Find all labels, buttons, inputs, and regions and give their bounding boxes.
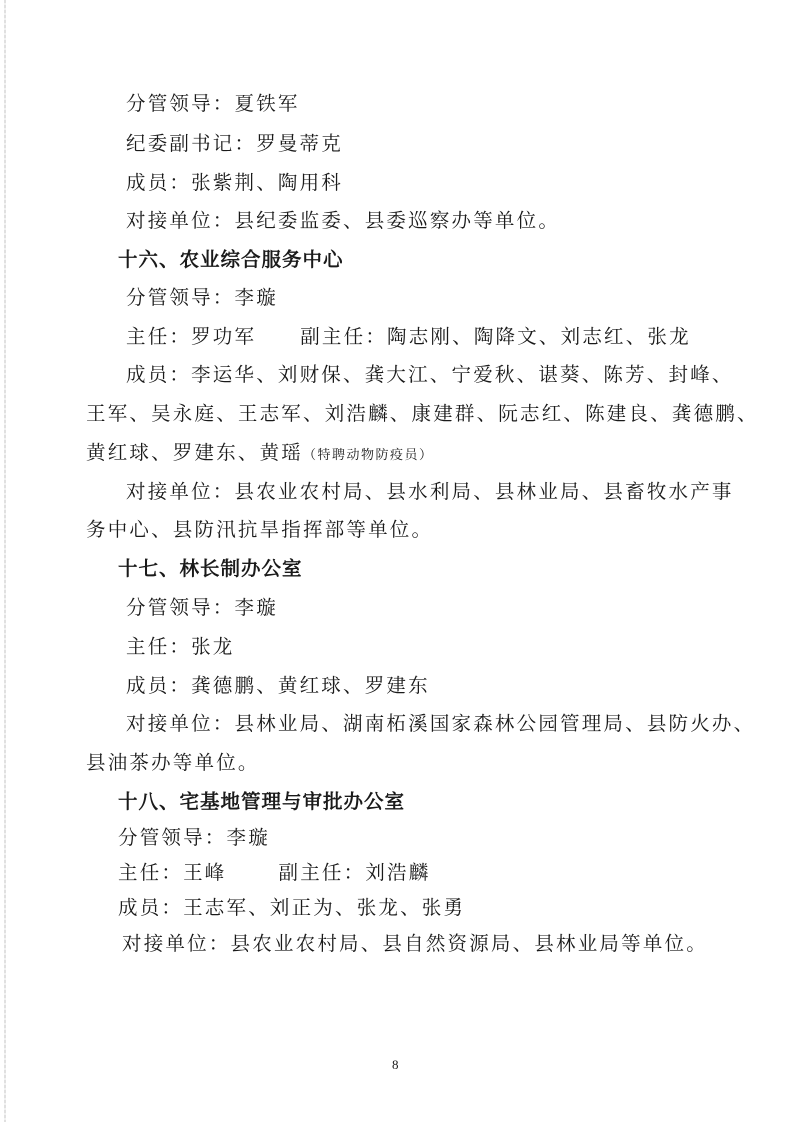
deputy-names: 刘浩麟 — [365, 861, 430, 884]
label: 成员： — [118, 896, 183, 919]
label: 副主任： — [279, 861, 366, 884]
liaison-units: 县林业局、湖南柘溪国家森林公园管理局、县防火办、 — [235, 712, 756, 735]
director-name: 罗功军 — [191, 325, 256, 348]
s16-title: 十六、农业综合服务中心 — [118, 244, 344, 272]
members: 张紫荆、陶用科 — [191, 171, 343, 194]
s18-members-line: 成员：王志军、刘正为、张龙、张勇 — [118, 892, 465, 920]
s16-members-line-2: 王军、吴永庭、王志军、刘浩麟、康建群、阮志红、陈建良、龚德鹏、 — [86, 398, 759, 426]
liaison-units: 县农业农村局、县水利局、县林业局、县畜牧水产事 — [235, 480, 734, 503]
leader-name: 李璇 — [227, 826, 270, 849]
members-note: （特聘动物防疫员） — [303, 448, 434, 463]
director-name: 王峰 — [183, 861, 226, 884]
s18-leader-line: 分管领导：李璇 — [118, 822, 270, 850]
s16-liaison-line-2: 务中心、县防汛抗旱指挥部等单位。 — [86, 514, 433, 542]
label: 对接单位： — [122, 932, 231, 955]
label: 成员： — [126, 171, 191, 194]
label: 主任： — [118, 861, 183, 884]
label: 成员： — [126, 363, 191, 386]
members: 李运华、刘财保、龚大江、宁爱秋、谌葵、陈芳、封峰、 — [191, 363, 734, 386]
deputy-secretary-name: 罗曼蒂克 — [256, 132, 343, 155]
members: 王志军、刘正为、张龙、张勇 — [183, 896, 465, 919]
s18-title: 十八、宅基地管理与审批办公室 — [118, 786, 405, 814]
label: 分管领导： — [126, 286, 235, 309]
s18-director-line: 主任：王峰副主任：刘浩麟 — [118, 857, 430, 885]
leader-name: 夏铁军 — [235, 92, 300, 115]
members: 黄红球、罗建东、黄瑶 — [86, 441, 303, 464]
s17-title: 十七、林长制办公室 — [118, 553, 303, 581]
label: 分管领导： — [126, 596, 235, 619]
s15-liaison-line: 对接单位：县纪委监委、县委巡察办等单位。 — [126, 205, 560, 233]
label: 成员： — [126, 674, 191, 697]
s17-members-line: 成员：龚德鹏、黄红球、罗建东 — [126, 670, 430, 698]
liaison-units: 县农业农村局、县自然资源局、县林业局等单位。 — [231, 932, 708, 955]
s16-liaison-line-1: 对接单位：县农业农村局、县水利局、县林业局、县畜牧水产事 — [126, 476, 734, 504]
deputy-names: 陶志刚、陶降文、刘志红、张龙 — [387, 325, 691, 348]
liaison-units: 县纪委监委、县委巡察办等单位。 — [235, 209, 561, 232]
s16-members-line-3: 黄红球、罗建东、黄瑶（特聘动物防疫员） — [86, 437, 434, 465]
director-name: 张龙 — [191, 635, 234, 658]
members: 龚德鹏、黄红球、罗建东 — [191, 674, 430, 697]
s17-leader-line: 分管领导：李璇 — [126, 592, 278, 620]
scan-edge-artifact — [4, 0, 6, 1122]
s17-liaison-line-1: 对接单位：县林业局、湖南柘溪国家森林公园管理局、县防火办、 — [126, 708, 755, 736]
label: 分管领导： — [118, 826, 227, 849]
s17-liaison-line-2: 县油茶办等单位。 — [86, 747, 260, 775]
page-number: 8 — [392, 1057, 399, 1073]
s16-members-line-1: 成员：李运华、刘财保、龚大江、宁爱秋、谌葵、陈芳、封峰、 — [126, 359, 734, 387]
s16-director-line: 主任：罗功军副主任：陶志刚、陶降文、刘志红、张龙 — [126, 321, 691, 349]
s16-leader-line: 分管领导：李璇 — [126, 282, 278, 310]
label: 纪委副书记： — [126, 132, 256, 155]
label: 对接单位： — [126, 712, 235, 735]
label: 对接单位： — [126, 209, 235, 232]
leader-name: 李璇 — [235, 286, 278, 309]
leader-name: 李璇 — [235, 596, 278, 619]
label: 主任： — [126, 325, 191, 348]
label: 主任： — [126, 635, 191, 658]
label: 对接单位： — [126, 480, 235, 503]
s18-liaison-line: 对接单位：县农业农村局、县自然资源局、县林业局等单位。 — [122, 928, 708, 956]
s15-leader-line: 分管领导：夏铁军 — [126, 88, 300, 116]
s17-director-line: 主任：张龙 — [126, 631, 235, 659]
label: 分管领导： — [126, 92, 235, 115]
s15-members-line: 成员：张紫荆、陶用科 — [126, 167, 343, 195]
s15-deputy-secretary-line: 纪委副书记：罗曼蒂克 — [126, 128, 343, 156]
label: 副主任： — [300, 325, 387, 348]
